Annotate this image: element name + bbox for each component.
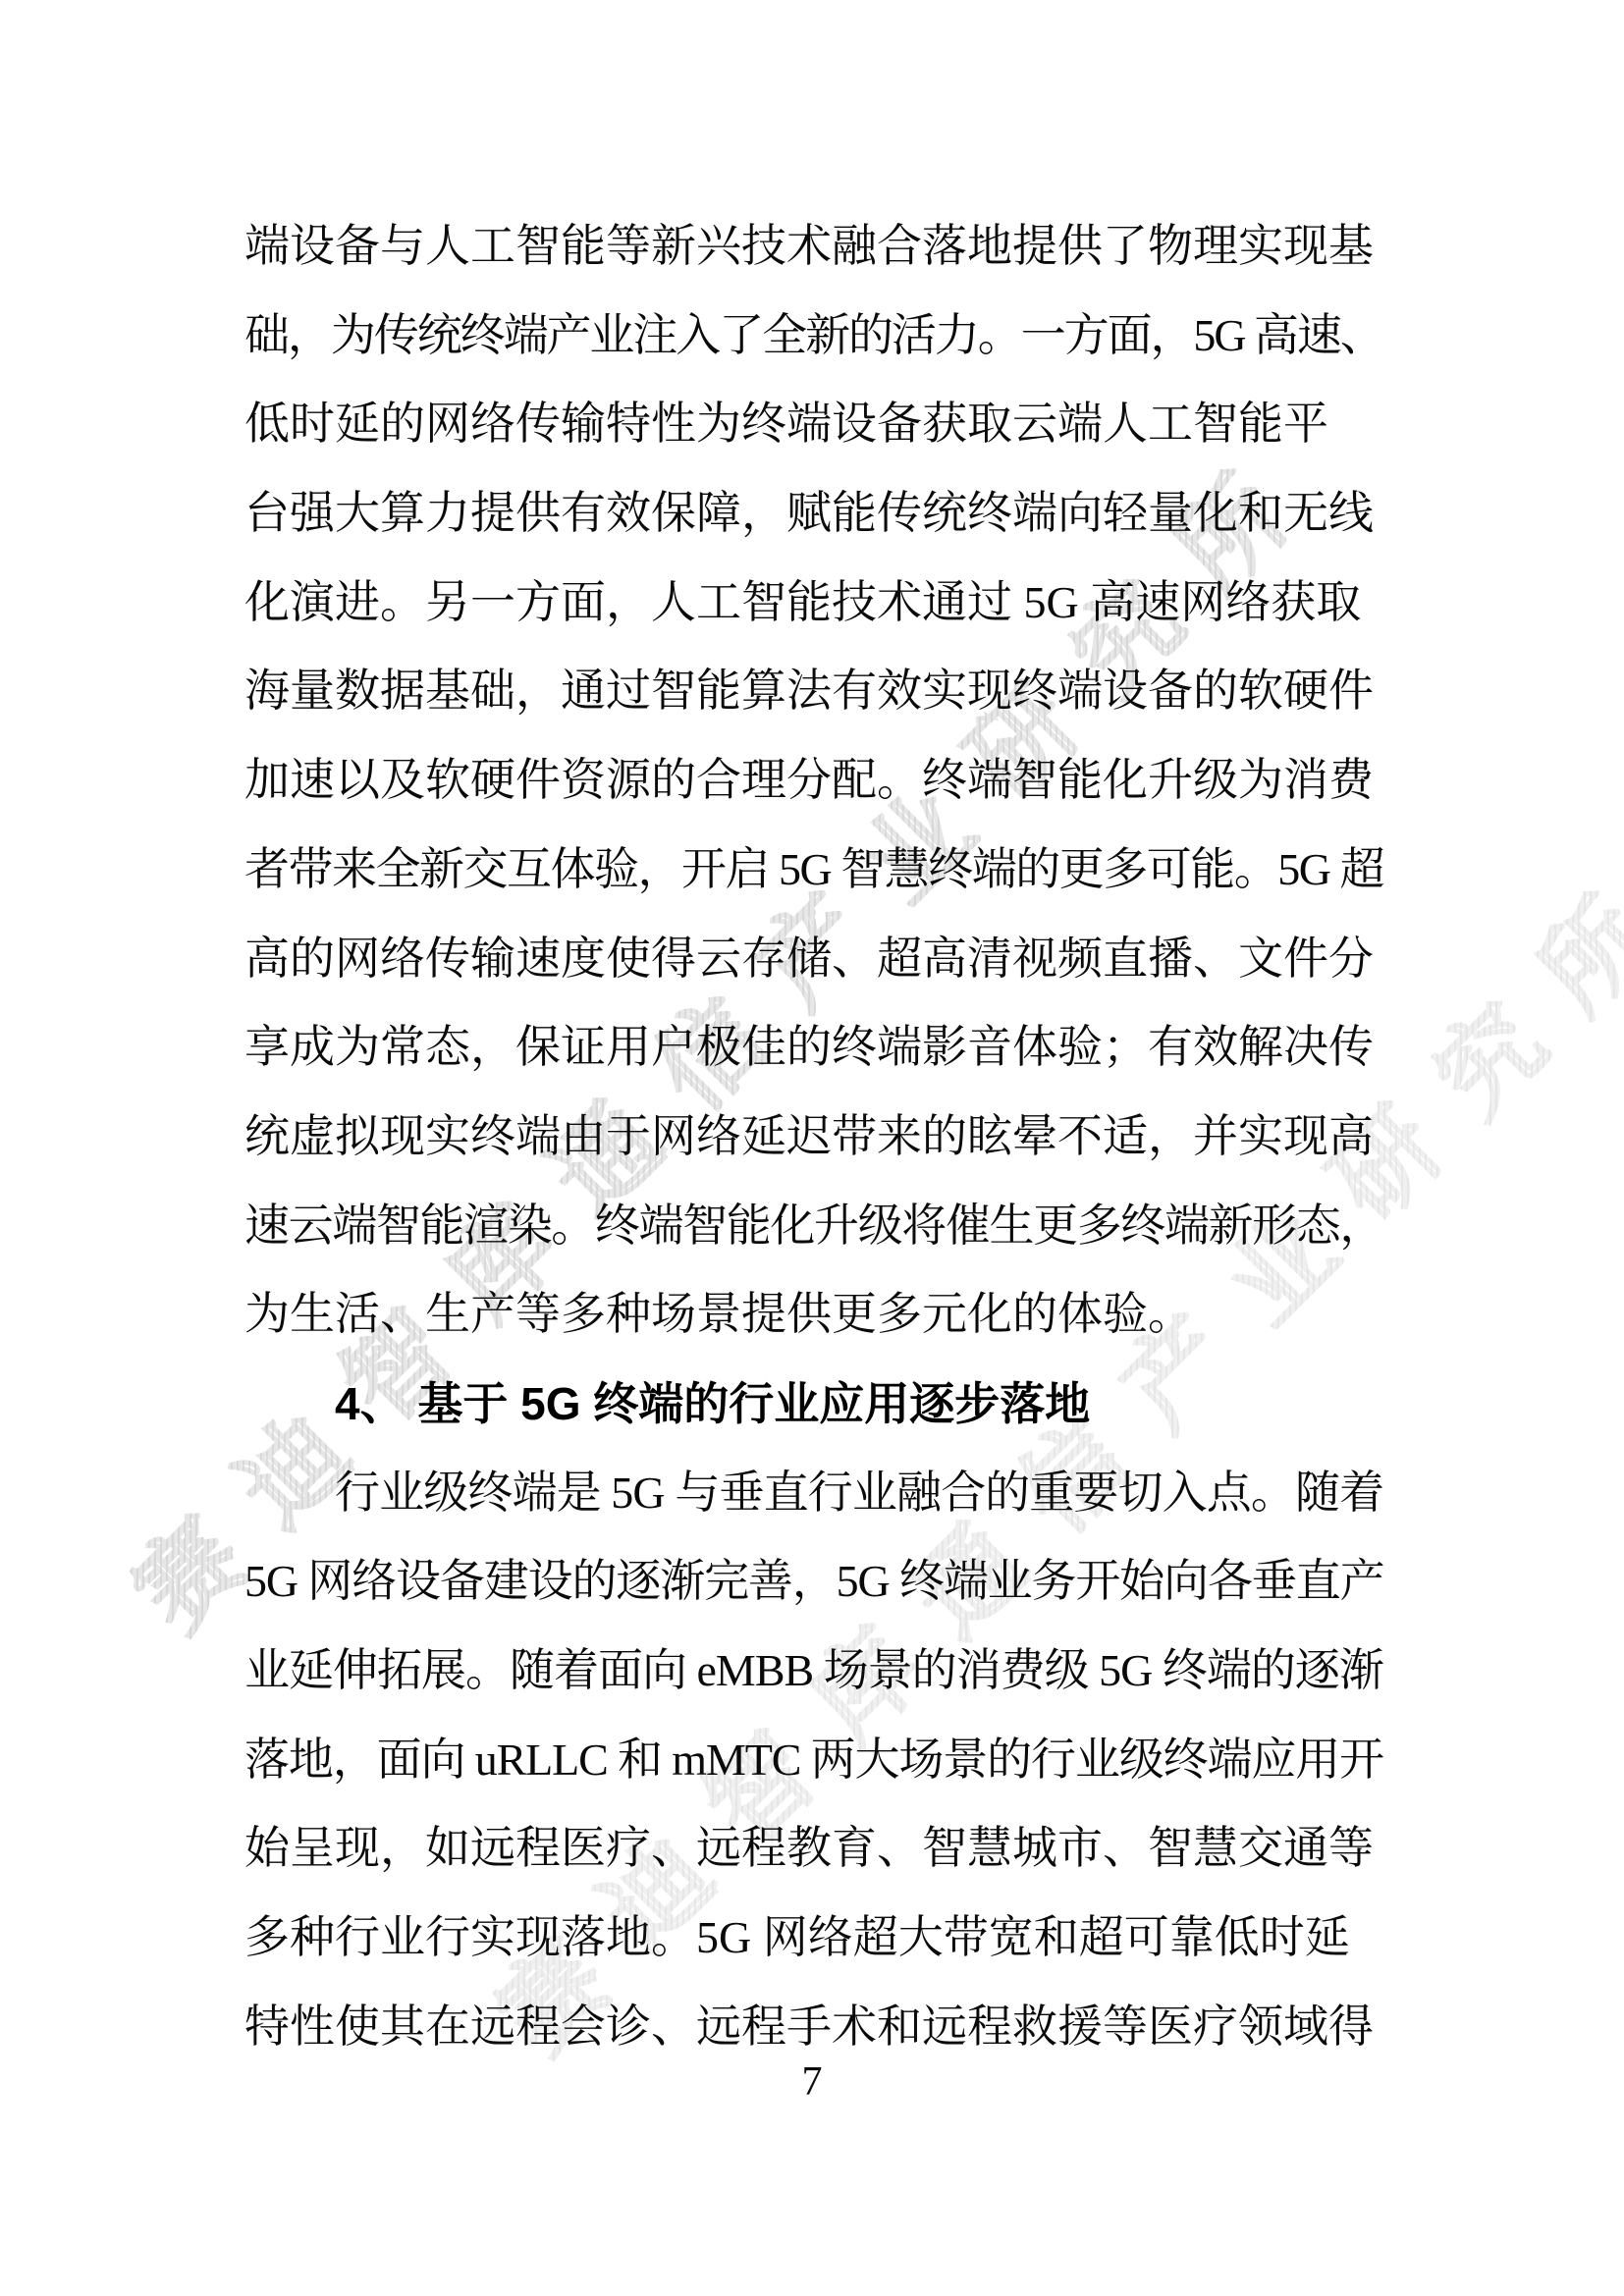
page-number: 7: [0, 2059, 1624, 2105]
body-text-line: 加速以及软硬件资源的合理分配。终端智能化升级为消费: [244, 736, 1383, 826]
body-text-line: 业延伸拓展。随着面向 eMBB 场景的消费级 5G 终端的逐渐: [244, 1627, 1383, 1716]
text-block: 端设备与人工智能等新兴技术融合落地提供了物理实现基 础，为传统终端产业注入了全新…: [244, 202, 1383, 2071]
body-text-line: 统虚拟现实终端由于网络延迟带来的眩晕不适，并实现高: [244, 1093, 1383, 1182]
body-text-line: 础，为传统终端产业注入了全新的活力。一方面，5G 高速、: [244, 292, 1383, 381]
document-page: { "document": { "para1": { "lines": [ "端…: [0, 0, 1624, 2296]
section-heading: 4、 基于 5G 终端的行业应用逐步落地: [244, 1360, 1383, 1449]
body-text-line: 落地，面向 uRLLC 和 mMTC 两大场景的行业级终端应用开: [244, 1716, 1383, 1805]
body-text-line: 者带来全新交互体验，开启 5G 智慧终端的更多可能。5G 超: [244, 826, 1383, 915]
body-text-line: 始呈现，如远程医疗、远程教育、智慧城市、智慧交通等: [244, 1804, 1383, 1894]
body-text-line: 享成为常态，保证用户极佳的终端影音体验；有效解决传: [244, 1003, 1383, 1093]
body-text-line: 端设备与人工智能等新兴技术融合落地提供了物理实现基: [244, 202, 1383, 292]
page-canvas: 赛迪智库通信产业研究所 赛迪智库通信产业研究所 端设备与人工智能等新兴技术融合落…: [0, 0, 1624, 2296]
body-text-line: 高的网络传输速度使得云存储、超高清视频直播、文件分: [244, 915, 1383, 1004]
body-text-line: 特性使其在远程会诊、远程手术和远程救援等医疗领域得: [244, 1983, 1383, 2072]
body-text-line: 海量数据基础，通过智能算法有效实现终端设备的软硬件: [244, 647, 1383, 736]
body-text-line: 为生活、生产等多种场景提供更多元化的体验。: [244, 1270, 1383, 1360]
body-text-line: 5G 网络设备建设的逐渐完善，5G 终端业务开始向各垂直产: [244, 1537, 1383, 1627]
body-text-line: 多种行业行实现落地。5G 网络超大带宽和超可靠低时延: [244, 1894, 1383, 1983]
body-text-line: 化演进。另一方面，人工智能技术通过 5G 高速网络获取: [244, 559, 1383, 648]
body-text-line: 速云端智能渲染。终端智能化升级将催生更多终端新形态，: [244, 1182, 1383, 1271]
body-text-line: 行业级终端是 5G 与垂直行业融合的重要切入点。随着: [244, 1449, 1383, 1538]
body-text-line: 低时延的网络传输特性为终端设备获取云端人工智能平: [244, 380, 1383, 469]
body-text-line: 台强大算力提供有效保障，赋能传统终端向轻量化和无线: [244, 469, 1383, 559]
